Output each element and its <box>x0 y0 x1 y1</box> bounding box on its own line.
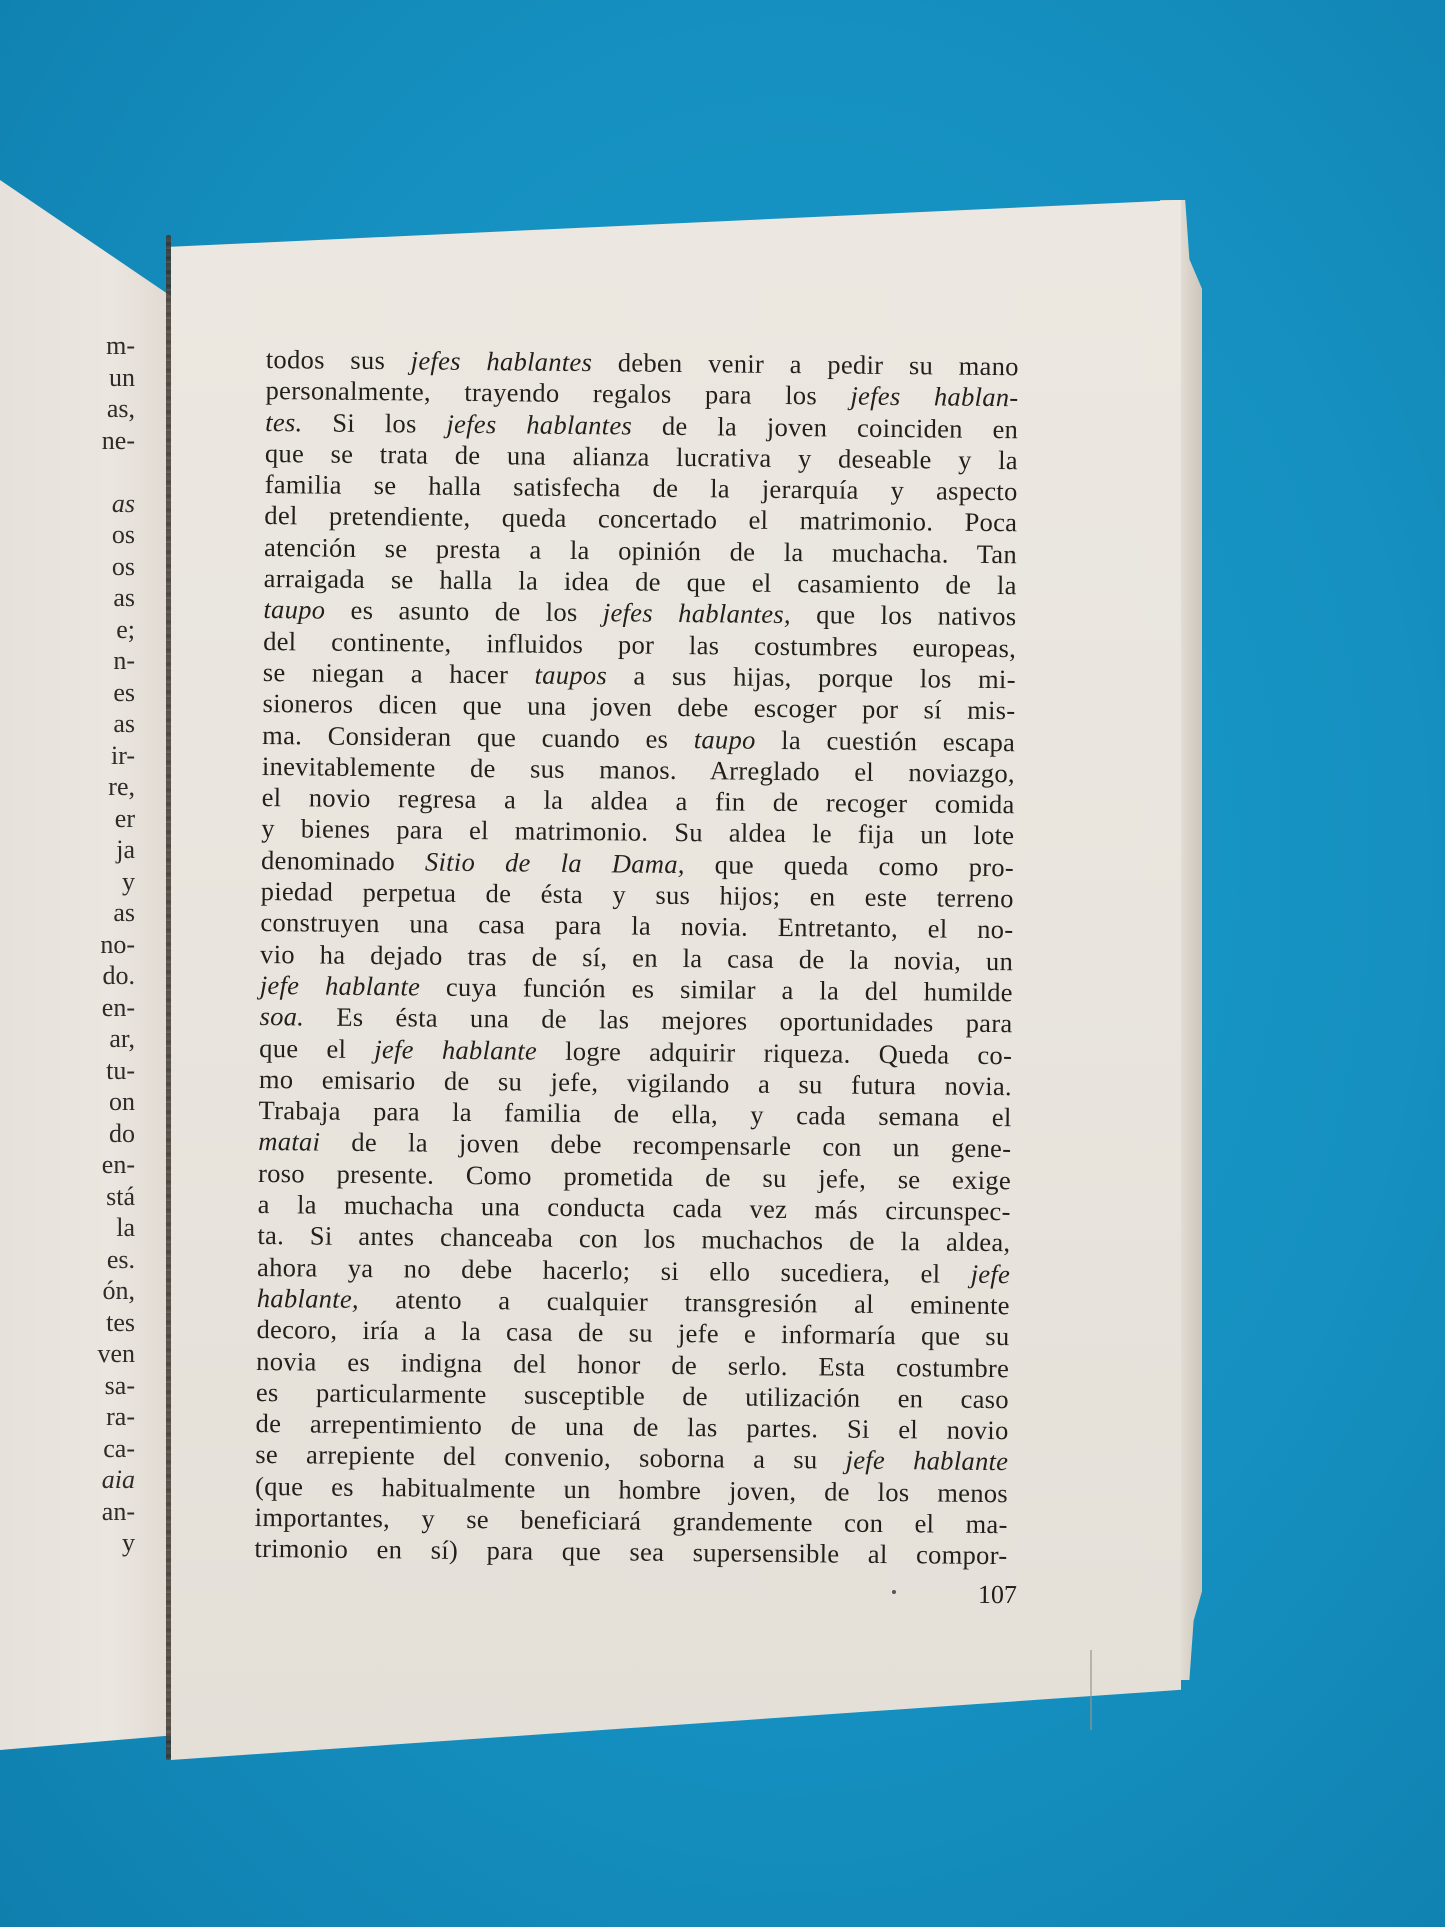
left-text-fragment: e; <box>0 614 149 646</box>
left-text-fragment: n- <box>0 645 149 677</box>
book-gutter-binding <box>166 235 171 1760</box>
left-text-fragment: as, <box>0 393 149 425</box>
text-run: logre adquirir riqueza. Queda co- <box>537 1035 1012 1070</box>
italic-term: jefes hablantes <box>446 408 632 440</box>
left-text-fragment: es <box>0 677 149 709</box>
text-run: Es ésta una de las mejores oportunidades… <box>304 1002 1013 1039</box>
right-page-body-text: todos sus jefes hablantes deben venir a … <box>254 344 1019 1572</box>
left-page-text-fragments: m-unas,ne- asososase;n-esasir-re,erjayas… <box>0 330 185 1559</box>
left-text-fragment: no- <box>0 929 149 961</box>
italic-term: jefes hablan- <box>850 381 1018 413</box>
text-run: que los nativos <box>791 599 1017 631</box>
left-text-fragment: as <box>0 708 149 740</box>
left-text-fragment: stá <box>0 1181 149 1213</box>
text-run: se arrepiente del convenio, soborna a su <box>255 1439 846 1475</box>
italic-term: taupos <box>534 660 607 691</box>
left-text-fragment: re, <box>0 771 149 803</box>
left-text-fragment: tu- <box>0 1055 149 1087</box>
left-text-fragment: ar, <box>0 1023 149 1055</box>
left-text-fragment: en- <box>0 992 149 1024</box>
text-run: cuya función es similar a la del humilde <box>420 971 1013 1007</box>
left-text-fragment: es. <box>0 1244 149 1276</box>
italic-term: soa. <box>259 1001 304 1031</box>
text-run: atento a cualquier transgresión al emine… <box>359 1284 1010 1320</box>
left-text-fragment: do. <box>0 960 149 992</box>
text-run: de la joven coinciden en <box>632 410 1018 444</box>
left-text-fragment: as <box>0 582 149 614</box>
left-text-fragment <box>0 456 149 488</box>
left-text-fragment: tes <box>0 1307 149 1339</box>
pencil-mark <box>1090 1650 1092 1730</box>
text-run: trimonio en sí) para que sea supersensib… <box>254 1533 1007 1570</box>
text-run: a sus hijas, porque los mi- <box>607 660 1016 694</box>
italic-term: jefe hablante <box>845 1445 1008 1477</box>
text-run: la cuestión escapa <box>756 724 1016 756</box>
left-text-fragment: as <box>0 488 149 520</box>
italic-term: jefe hablante <box>374 1034 537 1066</box>
left-text-fragment: er <box>0 803 149 835</box>
left-text-fragment: ne- <box>0 425 149 457</box>
text-run: deben venir a pedir su mano <box>592 347 1019 381</box>
text-run: que el <box>259 1032 374 1063</box>
italic-term: jefe <box>971 1258 1011 1288</box>
italic-term: hablante, <box>257 1283 359 1314</box>
left-text-fragment: y <box>0 1527 149 1559</box>
page-number: 107 <box>978 1580 1017 1610</box>
italic-term: jefe hablante <box>260 970 421 1002</box>
left-text-fragment: os <box>0 551 149 583</box>
left-text-fragment: on <box>0 1086 149 1118</box>
left-text-fragment: un <box>0 362 149 394</box>
left-text-fragment: ir- <box>0 740 149 772</box>
italic-term: Sitio de la Dama, <box>425 846 685 878</box>
text-run: de la joven debe recompensarle con un ge… <box>320 1127 1011 1164</box>
text-run: todos sus <box>266 344 411 375</box>
italic-term: tes. <box>265 407 303 437</box>
left-page: m-unas,ne- asososase;n-esasir-re,erjayas… <box>0 180 185 1750</box>
left-text-fragment: an- <box>0 1496 149 1528</box>
left-text-fragment: ón, <box>0 1275 149 1307</box>
left-text-fragment: m- <box>0 330 149 362</box>
left-text-fragment: os <box>0 519 149 551</box>
left-text-fragment: ven <box>0 1338 149 1370</box>
text-run: se niegan a hacer <box>263 657 535 690</box>
text-run: personalmente, trayendo regalos para los <box>265 375 850 411</box>
left-text-fragment: en- <box>0 1149 149 1181</box>
italic-term: jefes hablantes <box>411 345 593 377</box>
text-run: ahora ya no debe hacerlo; si ello sucedi… <box>257 1252 971 1289</box>
text-run: denominado <box>261 845 425 877</box>
left-text-fragment: sa- <box>0 1370 149 1402</box>
left-text-fragment: ja <box>0 834 149 866</box>
text-run: es asunto de los <box>325 595 603 628</box>
italic-term: jefes hablantes, <box>603 598 791 630</box>
text-run: que queda como pro- <box>685 849 1015 882</box>
left-text-fragment: as <box>0 897 149 929</box>
italic-term: matai <box>258 1126 320 1157</box>
text-run: ma. Consideran que cuando es <box>262 720 694 754</box>
left-text-fragment: ra- <box>0 1401 149 1433</box>
left-text-fragment: la <box>0 1212 149 1244</box>
italic-term: taupo <box>263 594 325 625</box>
ink-speck <box>892 1590 896 1594</box>
left-text-fragment: y <box>0 866 149 898</box>
left-text-fragment: aia <box>0 1464 149 1496</box>
left-text-fragment: do <box>0 1118 149 1150</box>
left-text-fragment: ca- <box>0 1433 149 1465</box>
text-run: Si los <box>302 407 446 438</box>
italic-term: taupo <box>694 724 756 755</box>
